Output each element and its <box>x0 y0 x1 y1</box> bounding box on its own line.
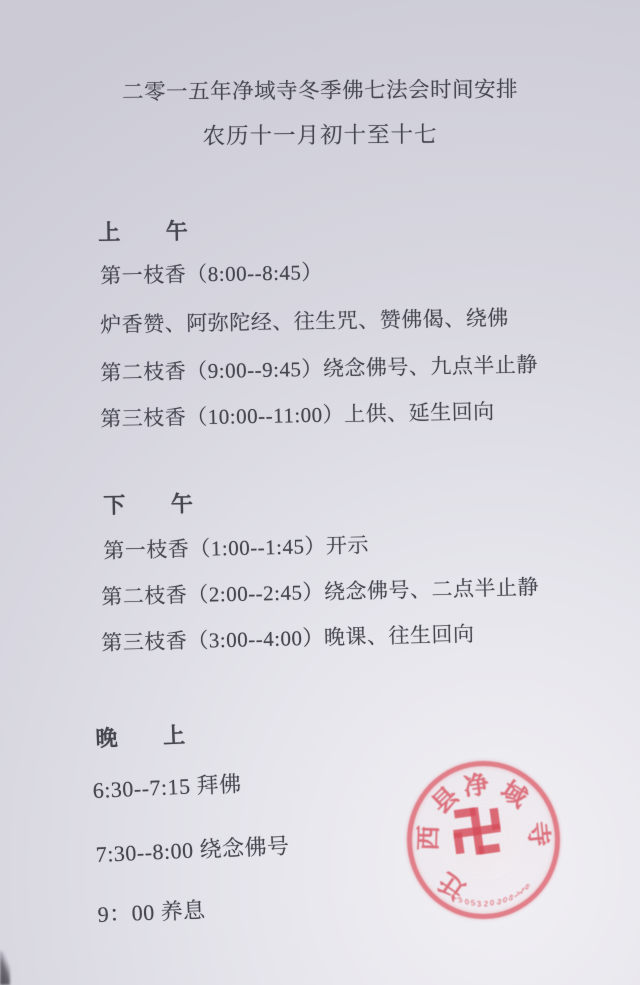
schedule-line: 第一枝香（1:00--1:45）开示 <box>103 529 369 565</box>
document-photo: 二零一五年净域寺冬季佛七法会时间安排 农历十一月初十至十七 上 午 第一枝香（8… <box>0 0 640 985</box>
seal-arc-char: 西 <box>408 825 445 851</box>
section-heading-afternoon: 下 午 <box>103 487 194 520</box>
temple-seal: 迁西县净域寺 1305320305715 <box>407 761 560 919</box>
schedule-line: 6:30--7:15 拜佛 <box>92 767 242 805</box>
schedule-line: 第二枝香（9:00--9:45）绕念佛号、九点半止静 <box>100 349 538 387</box>
seal-arc-char: 寺 <box>521 820 559 849</box>
photo-corner-shadow <box>0 951 10 985</box>
schedule-line: 9：00 养息 <box>97 893 206 928</box>
schedule-line: 第三枝香（10:00--11:00）上供、延生回向 <box>100 395 495 433</box>
seal-arc-char: 净 <box>461 764 491 803</box>
swastika-icon <box>445 798 509 863</box>
seal-number-digit: 2 <box>484 899 489 908</box>
schedule-line: 炉香赞、阿弥陀经、往生咒、赞佛偈、绕佛 <box>100 302 509 339</box>
schedule-line: 第三枝香（3:00--4:00）晚课、往生回向 <box>101 618 475 657</box>
schedule-line: 第二枝香（2:00--2:45）绕念佛号、二点半止静 <box>101 571 539 611</box>
schedule-line: 7:30--8:00 绕念佛号 <box>95 829 290 869</box>
section-heading-morning: 上 午 <box>98 214 189 247</box>
document-title: 二零一五年净域寺冬季佛七法会时间安排 <box>0 72 640 107</box>
schedule-line: 第一枝香（8:00--8:45） <box>100 256 323 290</box>
section-heading-evening: 晚 上 <box>95 719 186 753</box>
document-subtitle: 农历十一月初十至十七 <box>0 116 640 152</box>
